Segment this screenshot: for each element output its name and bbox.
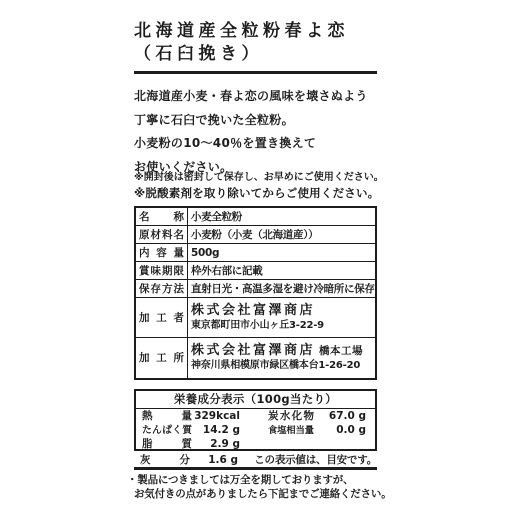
nutrition-header: 栄養成分表示（100g当たり）: [136, 391, 375, 409]
nutrition-row-fat: 脂質 2.9 g: [136, 438, 375, 452]
spec-table: 名称 小麦全粒粉 原材料名 小麦粉（小麦（北海道産）） 内容量 500g 賞味期…: [134, 206, 377, 380]
spec-value: 株式会社富澤商店橋本工場 神奈川県相模原市緑区橋本台1-26-20: [188, 338, 377, 379]
nutrient-value: 1.6 g: [190, 454, 238, 466]
spec-row-ingredients: 原材料名 小麦粉（小麦（北海道産））: [135, 226, 376, 244]
spec-row-net-content: 内容量 500g: [135, 244, 376, 262]
nutrient-label: 食塩相当量: [268, 424, 314, 438]
spec-value: 500g: [188, 244, 377, 262]
spec-value: 枠外右部に記載: [188, 262, 377, 280]
spec-label: 名称: [135, 207, 188, 226]
plant-address: 神奈川県相模原市緑区橋本台1-26-20: [191, 359, 372, 372]
description-line: 丁寧に石臼で挽いた全粒粉。: [134, 109, 377, 133]
spec-label: 原材料名: [135, 226, 188, 244]
nutrient-label: たんぱく質: [142, 424, 192, 438]
nutrition-disclaimer: この表示値は、目安です。: [238, 452, 377, 467]
spec-value: 小麦全粒粉: [188, 207, 377, 226]
spec-row-storage: 保存方法 直射日光・高温多湿を避け冷暗所に保存: [135, 280, 376, 298]
spec-label: 加工所: [135, 338, 188, 379]
plant-company-line: 株式会社富澤商店橋本工場: [191, 343, 372, 359]
nutrient-label: 炭水化物: [268, 410, 314, 424]
plant-company-name: 株式会社富澤商店: [191, 343, 315, 358]
plant-factory-name: 橋本工場: [319, 345, 363, 357]
nutrient-label: 灰分: [140, 452, 190, 467]
nutrient-value: 14.2 g: [192, 424, 240, 438]
usage-notes: ※開封後は密封して保存し、お早めにご使用ください。 ※脱酸素剤を取り除いてからご…: [134, 171, 377, 201]
spec-value: 直射日光・高温多湿を避け冷暗所に保存: [188, 280, 377, 298]
spec-value: 株式会社富澤商店 東京都町田市小山ヶ丘3-22-9: [188, 298, 377, 338]
spec-label: 内容量: [135, 244, 188, 262]
nutrient-label: 熱量: [142, 410, 192, 424]
bottom-rule: [134, 467, 377, 470]
nutrition-row-energy-carb: 熱量 329kcal 炭水化物 67.0 g: [136, 410, 375, 424]
nutrition-row-ash: 灰分 1.6 g この表示値は、目安です。: [134, 452, 377, 467]
spec-row-best-before: 賞味期限 枠外右部に記載: [135, 262, 376, 280]
nutrient-value: 0.0 g: [314, 424, 366, 438]
title-underline: [134, 71, 377, 74]
description-line: 小麦粉の10～40％を置き換えて: [134, 132, 377, 156]
spec-row-processor: 加工者 株式会社富澤商店 東京都町田市小山ヶ丘3-22-9: [135, 298, 376, 338]
footer-note: ・製品につきましては万全を期しておりますが、 お気付きの点がありましたら下記まで…: [127, 474, 395, 501]
spec-label: 賞味期限: [135, 262, 188, 280]
usage-note-deoxidizer: ※脱酸素剤を取り除いてからご使用ください。: [134, 185, 377, 201]
product-title-line2: （石臼挽き）: [134, 43, 377, 66]
footer-line2: お気付きの点がありましたら下記までご連絡ください。: [127, 488, 395, 502]
processor-company-line: 株式会社富澤商店: [191, 303, 372, 319]
spec-value: 小麦粉（小麦（北海道産））: [188, 226, 377, 244]
spec-row-processing-plant: 加工所 株式会社富澤商店橋本工場 神奈川県相模原市緑区橋本台1-26-20: [135, 338, 376, 379]
nutrient-value: 2.9 g: [192, 438, 240, 452]
processor-company-name: 株式会社富澤商店: [191, 303, 315, 318]
product-title-line1: 北海道産全粒粉春よ恋: [134, 20, 377, 43]
nutrition-box: 栄養成分表示（100g当たり） 熱量 329kcal 炭水化物 67.0 g た…: [134, 389, 377, 451]
nutrient-label: 脂質: [142, 438, 192, 452]
spec-row-name: 名称 小麦全粒粉: [135, 207, 376, 226]
nutrient-value: 67.0 g: [314, 410, 366, 424]
spec-label: 加工者: [135, 298, 188, 338]
footer-line1: ・製品につきましては万全を期しておりますが、: [127, 474, 395, 488]
description-line: 北海道産小麦・春よ恋の風味を壊さぬよう: [134, 85, 377, 109]
product-label: 北海道産全粒粉春よ恋 （石臼挽き） 北海道産小麦・春よ恋の風味を壊さぬよう 丁寧…: [0, 0, 510, 510]
usage-note-storage: ※開封後は密封して保存し、お早めにご使用ください。: [134, 171, 377, 185]
spec-label: 保存方法: [135, 280, 188, 298]
nutrition-row-protein-salt: たんぱく質 14.2 g 食塩相当量 0.0 g: [136, 424, 375, 438]
product-title: 北海道産全粒粉春よ恋 （石臼挽き）: [134, 20, 377, 66]
processor-address: 東京都町田市小山ヶ丘3-22-9: [191, 319, 372, 332]
product-description: 北海道産小麦・春よ恋の風味を壊さぬよう 丁寧に石臼で挽いた全粒粉。 小麦粉の10…: [134, 85, 377, 179]
nutrient-value: 329kcal: [192, 410, 240, 424]
